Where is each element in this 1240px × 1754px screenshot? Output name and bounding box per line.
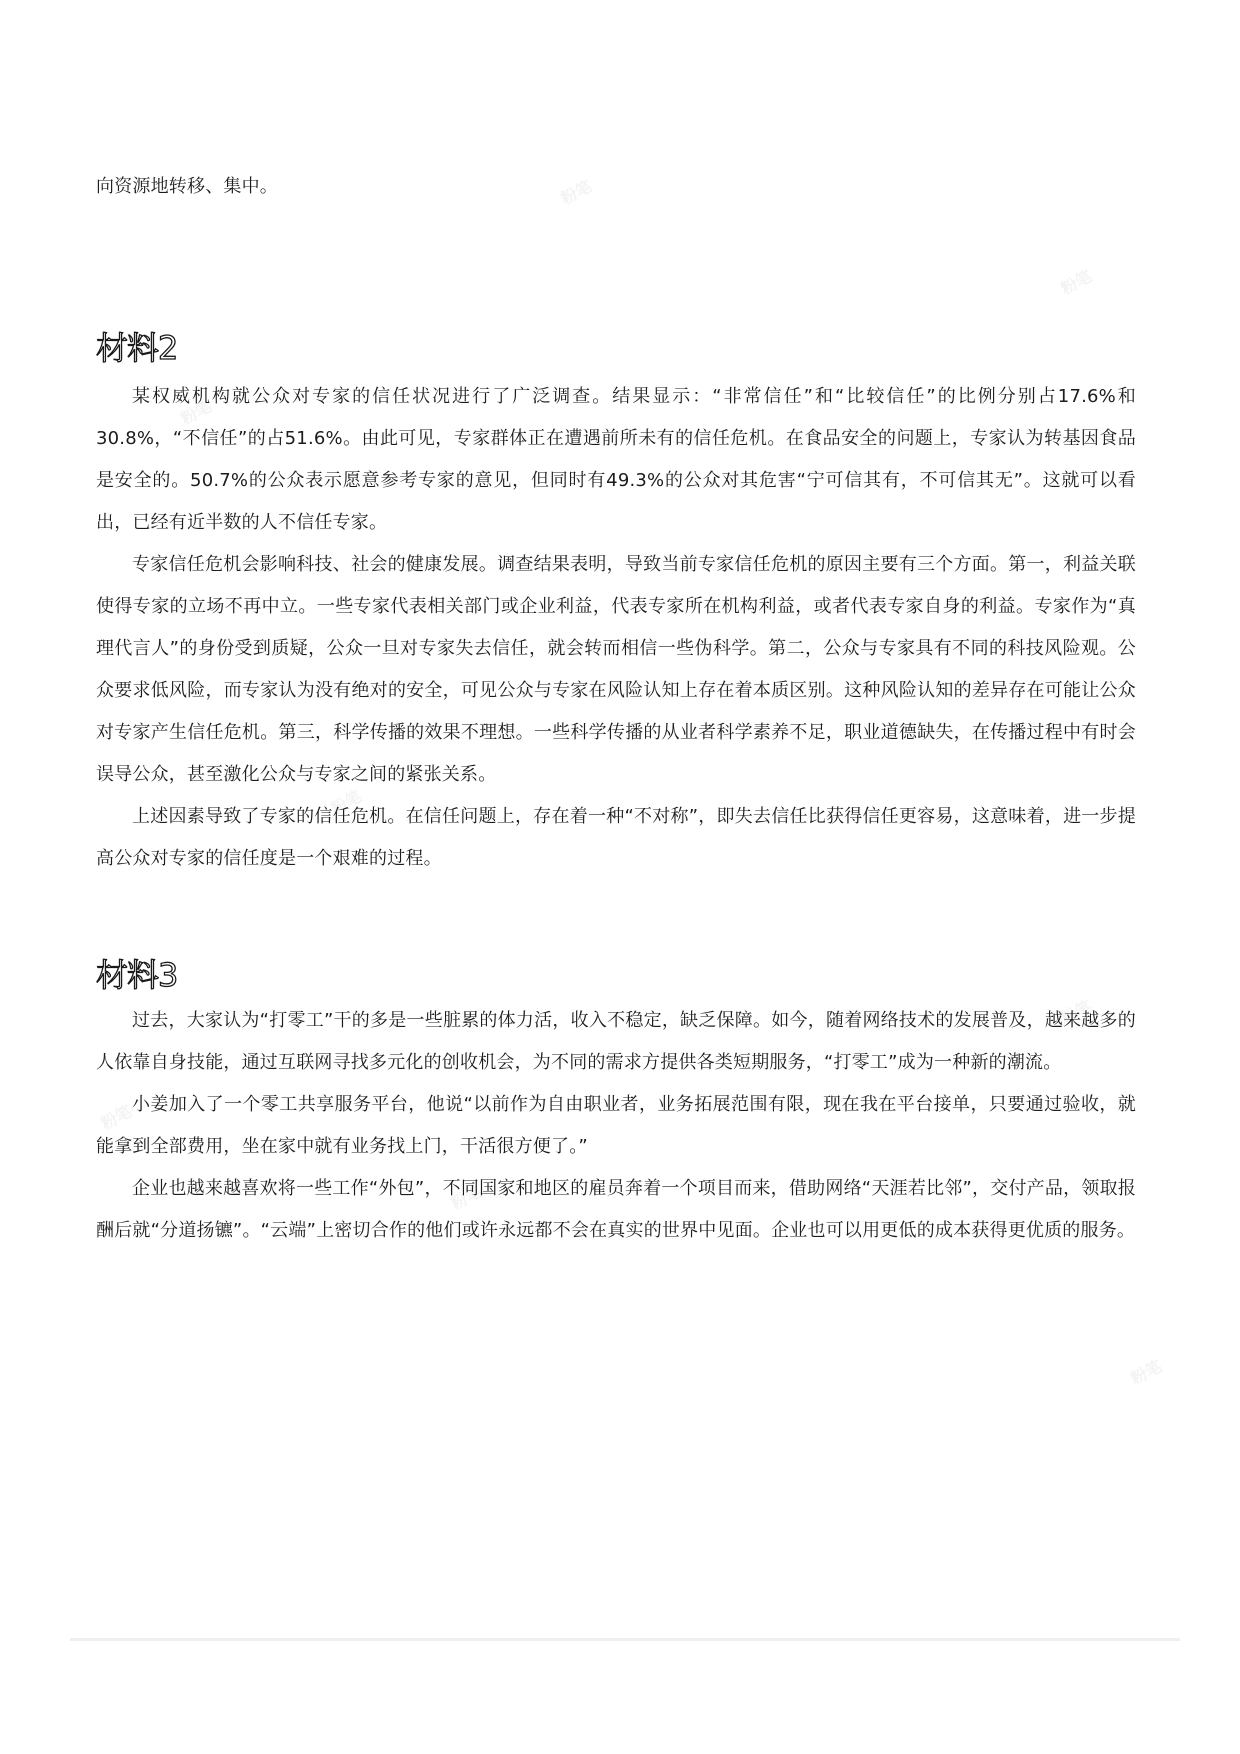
section-heading-material-2: 材料2: [96, 328, 177, 368]
paragraph: 企业也越来越喜欢将一些工作“外包”，不同国家和地区的雇员奔着一个项目而来，借助网…: [96, 1168, 1136, 1252]
page-footer-divider: [70, 1638, 1180, 1641]
paragraph: 小姜加入了一个零工共享服务平台，他说“以前作为自由职业者，业务拓展范围有限，现在…: [96, 1084, 1136, 1168]
paragraph: 某权威机构就公众对专家的信任状况进行了广泛调查。结果显示：“非常信任”和“比较信…: [96, 376, 1136, 544]
document-page: 粉笔 粉笔 粉笔 粉笔 粉笔 粉笔 粉笔 粉笔 向资源地转移、集中。 材料2 某…: [0, 0, 1240, 1754]
paragraph: 上述因素导致了专家的信任危机。在信任问题上，存在着一种“不对称”，即失去信任比获…: [96, 796, 1136, 880]
continuation-paragraph: 向资源地转移、集中。: [96, 166, 1136, 208]
section-body-material-3: 过去，大家认为“打零工”干的多是一些脏累的体力活，收入不稳定，缺乏保障。如今，随…: [96, 1000, 1136, 1252]
watermark: 粉笔: [1056, 264, 1095, 299]
watermark: 粉笔: [1126, 1354, 1165, 1389]
section-body-material-2: 某权威机构就公众对专家的信任状况进行了广泛调查。结果显示：“非常信任”和“比较信…: [96, 376, 1136, 880]
continuation-block: 向资源地转移、集中。: [96, 166, 1136, 208]
paragraph: 过去，大家认为“打零工”干的多是一些脏累的体力活，收入不稳定，缺乏保障。如今，随…: [96, 1000, 1136, 1084]
section-heading-material-3: 材料3: [96, 955, 177, 995]
paragraph: 专家信任危机会影响科技、社会的健康发展。调查结果表明，导致当前专家信任危机的原因…: [96, 544, 1136, 796]
